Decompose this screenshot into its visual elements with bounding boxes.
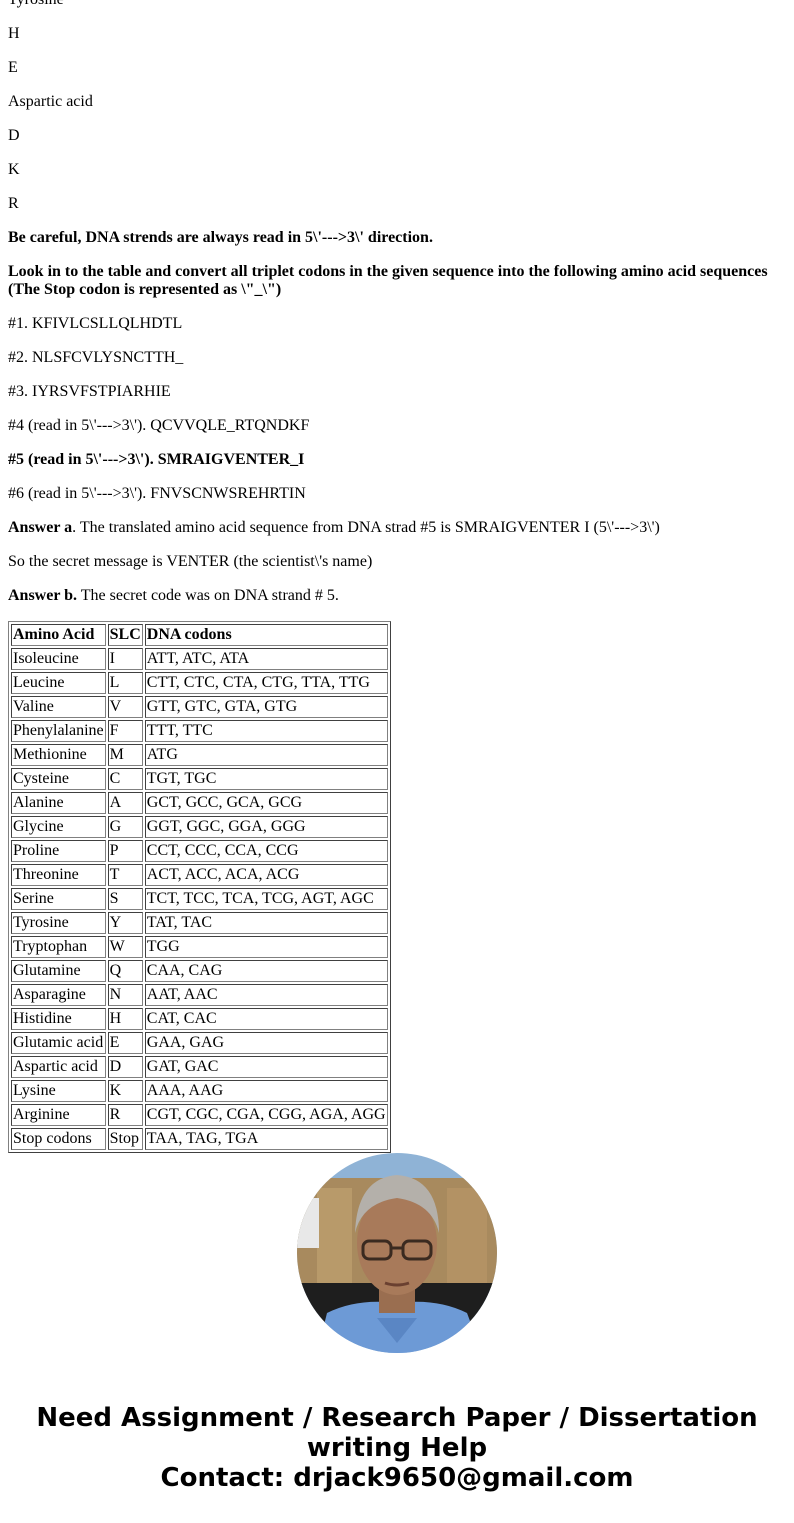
cell-amino-acid: Glutamic acid xyxy=(11,1032,106,1054)
cell-amino-acid: Asparagine xyxy=(11,984,106,1006)
cell-amino-acid: Glycine xyxy=(11,816,106,838)
sequence-item: #6 (read in 5\'--->3\'). FNVSCNWSREHRTIN xyxy=(8,485,786,503)
table-row: Aspartic acidDGAT, GAC xyxy=(11,1056,388,1078)
table-row: Glutamic acidEGAA, GAG xyxy=(11,1032,388,1054)
cell-codons: CTT, CTC, CTA, CTG, TTA, TTG xyxy=(145,672,388,694)
top-list: TyrosineHEAspartic acidDKR xyxy=(8,0,786,213)
cell-slc: Stop xyxy=(108,1128,143,1150)
cell-amino-acid: Leucine xyxy=(11,672,106,694)
table-row: PhenylalanineFTTT, TTC xyxy=(11,720,388,742)
codon-table: Amino Acid SLC DNA codons IsoleucineIATT… xyxy=(8,621,391,1153)
person-portrait-icon xyxy=(297,1153,497,1353)
cell-amino-acid: Alanine xyxy=(11,792,106,814)
cell-slc: Q xyxy=(108,960,143,982)
cell-codons: AAT, AAC xyxy=(145,984,388,1006)
cell-amino-acid: Tyrosine xyxy=(11,912,106,934)
secret-message: So the secret message is VENTER (the sci… xyxy=(8,553,786,571)
cell-slc: N xyxy=(108,984,143,1006)
sequence-list: #1. KFIVLCSLLQLHDTL#2. NLSFCVLYSNCTTH_#3… xyxy=(8,315,786,503)
promo-banner: Need Assignment / Research Paper / Disse… xyxy=(0,1403,794,1493)
top-list-item: D xyxy=(8,127,786,145)
cell-slc: V xyxy=(108,696,143,718)
cell-codons: TAT, TAC xyxy=(145,912,388,934)
cell-slc: E xyxy=(108,1032,143,1054)
table-row: ValineVGTT, GTC, GTA, GTG xyxy=(11,696,388,718)
cell-codons: TTT, TTC xyxy=(145,720,388,742)
table-row: TryptophanWTGG xyxy=(11,936,388,958)
cell-amino-acid: Aspartic acid xyxy=(11,1056,106,1078)
cell-codons: GCT, GCC, GCA, GCG xyxy=(145,792,388,814)
table-row: MethionineMATG xyxy=(11,744,388,766)
cell-slc: A xyxy=(108,792,143,814)
cell-amino-acid: Isoleucine xyxy=(11,648,106,670)
sequence-item: #5 (read in 5\'--->3\'). SMRAIGVENTER_I xyxy=(8,451,786,469)
cell-slc: F xyxy=(108,720,143,742)
cell-slc: S xyxy=(108,888,143,910)
cell-amino-acid: Serine xyxy=(11,888,106,910)
header-dna-codons: DNA codons xyxy=(145,624,388,646)
cell-amino-acid: Phenylalanine xyxy=(11,720,106,742)
cell-amino-acid: Cysteine xyxy=(11,768,106,790)
sequence-item: #3. IYRSVFSTPIARHIE xyxy=(8,383,786,401)
promo-contact: Contact: drjack9650@gmail.com xyxy=(0,1463,794,1493)
cell-codons: GGT, GGC, GGA, GGG xyxy=(145,816,388,838)
table-header-row: Amino Acid SLC DNA codons xyxy=(11,624,388,646)
table-row: HistidineHCAT, CAC xyxy=(11,1008,388,1030)
cell-codons: TCT, TCC, TCA, TCG, AGT, AGC xyxy=(145,888,388,910)
cell-amino-acid: Threonine xyxy=(11,864,106,886)
table-row: GlutamineQCAA, CAG xyxy=(11,960,388,982)
cell-slc: T xyxy=(108,864,143,886)
instruction-text: Look in to the table and convert all tri… xyxy=(8,263,786,299)
table-row: AsparagineNAAT, AAC xyxy=(11,984,388,1006)
sequence-item: #4 (read in 5\'--->3\'). QCVVQLE_RTQNDKF xyxy=(8,417,786,435)
cell-slc: M xyxy=(108,744,143,766)
cell-slc: L xyxy=(108,672,143,694)
cell-codons: GAA, GAG xyxy=(145,1032,388,1054)
top-list-item: Tyrosine xyxy=(8,0,786,9)
table-row: ProlinePCCT, CCC, CCA, CCG xyxy=(11,840,388,862)
cell-slc: P xyxy=(108,840,143,862)
cell-amino-acid: Histidine xyxy=(11,1008,106,1030)
promo-line-1: Need Assignment / Research Paper / Disse… xyxy=(0,1403,794,1433)
top-list-item: H xyxy=(8,25,786,43)
cell-amino-acid: Tryptophan xyxy=(11,936,106,958)
answer-a: Answer a. The translated amino acid sequ… xyxy=(8,519,786,537)
cell-amino-acid: Glutamine xyxy=(11,960,106,982)
table-row: ThreonineTACT, ACC, ACA, ACG xyxy=(11,864,388,886)
cell-codons: CAT, CAC xyxy=(145,1008,388,1030)
answer-b-text: The secret code was on DNA strand # 5. xyxy=(77,587,339,604)
table-row: SerineSTCT, TCC, TCA, TCG, AGT, AGC xyxy=(11,888,388,910)
cell-amino-acid: Stop codons xyxy=(11,1128,106,1150)
cell-slc: Y xyxy=(108,912,143,934)
table-row: LeucineLCTT, CTC, CTA, CTG, TTA, TTG xyxy=(11,672,388,694)
cell-slc: I xyxy=(108,648,143,670)
top-list-item: E xyxy=(8,59,786,77)
sequence-item: #1. KFIVLCSLLQLHDTL xyxy=(8,315,786,333)
table-row: GlycineGGGT, GGC, GGA, GGG xyxy=(11,816,388,838)
table-row: AlanineAGCT, GCC, GCA, GCG xyxy=(11,792,388,814)
cell-slc: W xyxy=(108,936,143,958)
direction-note: Be careful, DNA strends are always read … xyxy=(8,229,786,247)
answer-b: Answer b. The secret code was on DNA str… xyxy=(8,587,786,605)
answer-b-label: Answer b. xyxy=(8,587,77,604)
cell-codons: ACT, ACC, ACA, ACG xyxy=(145,864,388,886)
table-row: Stop codonsStopTAA, TAG, TGA xyxy=(11,1128,388,1150)
cell-codons: ATG xyxy=(145,744,388,766)
cell-slc: D xyxy=(108,1056,143,1078)
cell-codons: AAA, AAG xyxy=(145,1080,388,1102)
cell-codons: TAA, TAG, TGA xyxy=(145,1128,388,1150)
cell-amino-acid: Arginine xyxy=(11,1104,106,1126)
table-row: LysineKAAA, AAG xyxy=(11,1080,388,1102)
cell-codons: GTT, GTC, GTA, GTG xyxy=(145,696,388,718)
answer-a-text: . The translated amino acid sequence fro… xyxy=(72,519,660,536)
cell-amino-acid: Valine xyxy=(11,696,106,718)
cell-slc: C xyxy=(108,768,143,790)
top-list-item: K xyxy=(8,161,786,179)
cell-amino-acid: Methionine xyxy=(11,744,106,766)
cell-slc: K xyxy=(108,1080,143,1102)
cell-amino-acid: Lysine xyxy=(11,1080,106,1102)
header-amino-acid: Amino Acid xyxy=(11,624,106,646)
cell-codons: ATT, ATC, ATA xyxy=(145,648,388,670)
cell-amino-acid: Proline xyxy=(11,840,106,862)
top-list-item: R xyxy=(8,195,786,213)
cell-codons: CGT, CGC, CGA, CGG, AGA, AGG xyxy=(145,1104,388,1126)
cell-slc: G xyxy=(108,816,143,838)
table-row: TyrosineYTAT, TAC xyxy=(11,912,388,934)
cell-codons: TGT, TGC xyxy=(145,768,388,790)
table-row: CysteineCTGT, TGC xyxy=(11,768,388,790)
cell-codons: TGG xyxy=(145,936,388,958)
cell-codons: CAA, CAG xyxy=(145,960,388,982)
answer-a-label: Answer a xyxy=(8,519,72,536)
promo-line-2: writing Help xyxy=(0,1433,794,1463)
table-row: ArginineRCGT, CGC, CGA, CGG, AGA, AGG xyxy=(11,1104,388,1126)
table-row: IsoleucineIATT, ATC, ATA xyxy=(11,648,388,670)
sequence-item: #2. NLSFCVLYSNCTTH_ xyxy=(8,349,786,367)
avatar xyxy=(297,1153,497,1353)
top-list-item: Aspartic acid xyxy=(8,93,786,111)
cell-slc: H xyxy=(108,1008,143,1030)
answer-document: TyrosineHEAspartic acidDKR Be careful, D… xyxy=(8,0,786,1153)
cell-slc: R xyxy=(108,1104,143,1126)
cell-codons: CCT, CCC, CCA, CCG xyxy=(145,840,388,862)
header-slc: SLC xyxy=(108,624,143,646)
cell-codons: GAT, GAC xyxy=(145,1056,388,1078)
